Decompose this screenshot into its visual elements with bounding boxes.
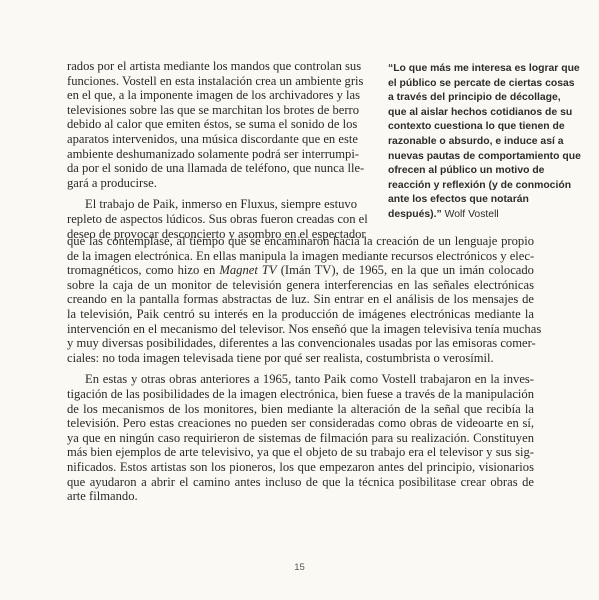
text-fragment: tromagnéticos, como hizo en	[67, 263, 219, 277]
text-line: de los mecanismos de los monitores, bien…	[67, 402, 534, 417]
text-line-with-title: tromagnéticos, como hizo en Magnet TV (I…	[67, 263, 534, 278]
text-line: televisión. Pero estas creaciones no pue…	[67, 416, 534, 431]
quote-line: “Lo que más me interesa es lograr que	[388, 62, 578, 77]
text-line: sobre la caja de un monitor de televisió…	[67, 278, 534, 293]
text-line: rados por el artista mediante los mandos…	[67, 59, 357, 74]
text-line: la televisión, Paik centró su interés en…	[67, 307, 534, 322]
text-line: debido al calor que emiten éstos, se sum…	[67, 117, 357, 132]
body-column-narrow: rados por el artista mediante los mandos…	[67, 59, 357, 241]
text-line: que las contemplase, al tiempo que se en…	[67, 234, 534, 249]
quote-line-final: después).” Wolf Vostell	[388, 208, 578, 223]
text-fragment: (Imán TV), de 1965, en la que un imán co…	[277, 263, 534, 277]
text-line: da por el sonido de una llamada de teléf…	[67, 161, 357, 176]
paragraph-3: En estas y otras obras anteriores a 1965…	[67, 372, 534, 503]
text-line: En estas y otras obras anteriores a 1965…	[67, 372, 534, 387]
quote-line: ante los efectos que notarán	[388, 193, 578, 208]
quote-line: nuevas pautas de comportamiento que	[388, 150, 578, 165]
text-line: ciales: no toda imagen televisada tiene …	[67, 351, 534, 366]
text-line: ambiente deshumanizado solamente podrá s…	[67, 147, 357, 162]
text-line: de la imagen electrónica. En ellas manip…	[67, 249, 534, 264]
text-line: ya que en ningún caso requirieron de sis…	[67, 431, 534, 446]
text-line: que ayudaron a abrir el camino antes inc…	[67, 475, 534, 490]
quote-line: el público se percate de ciertas cosas	[388, 77, 578, 92]
text-line: aparatos intervenidos, una música discor…	[67, 132, 357, 147]
quote-line: reacción y reflexión (y de conmoción	[388, 179, 578, 194]
artwork-title: Magnet TV	[219, 263, 276, 277]
text-line: y muy diversas posibilidades, diferentes…	[67, 336, 534, 351]
text-line: más bien ejemplos de arte televisivo, ya…	[67, 445, 534, 460]
pull-quote: “Lo que más me interesa es lograr que el…	[388, 62, 578, 223]
book-page: rados por el artista mediante los mandos…	[0, 0, 599, 600]
text-line: intervención en el mecanismo del televis…	[67, 322, 534, 337]
text-line: creando en la pantalla formas abstractas…	[67, 292, 534, 307]
quote-author: Wolf Vostell	[445, 209, 499, 220]
quote-line: contexto cuestiona lo que tienen de	[388, 120, 578, 135]
quote-line: ofrecen al público un motivo de	[388, 164, 578, 179]
quote-text-end: después).”	[388, 209, 442, 220]
page-number: 15	[0, 562, 599, 573]
paragraph-spacer	[67, 190, 357, 197]
text-line: funciones. Vostell en esta instalación c…	[67, 74, 357, 89]
paragraph-2-continued: que las contemplase, al tiempo que se en…	[67, 234, 534, 365]
text-line: tigación de las posibilidades de la imag…	[67, 387, 534, 402]
text-line: nificados. Estos artistas son los pioner…	[67, 460, 534, 475]
text-line: gará a producirse.	[67, 176, 357, 191]
text-line: arte filmando.	[67, 489, 534, 504]
paragraph-1: rados por el artista mediante los mandos…	[67, 59, 357, 190]
text-line: televisiones sobre las que se marchitan …	[67, 103, 357, 118]
text-line: en el que, a la imponente imagen de los …	[67, 88, 357, 103]
body-column-wide: que las contemplase, al tiempo que se en…	[67, 234, 534, 504]
quote-line: razonable o absurdo, e induce así a	[388, 135, 578, 150]
paragraph-spacer	[67, 365, 534, 372]
text-line: El trabajo de Paik, inmerso en Fluxus, s…	[67, 197, 357, 212]
text-line: repleto de aspectos lúdicos. Sus obras f…	[67, 212, 357, 227]
quote-line: a través del principio de décollage,	[388, 91, 578, 106]
quote-line: que al aislar hechos cotidianos de su	[388, 106, 578, 121]
